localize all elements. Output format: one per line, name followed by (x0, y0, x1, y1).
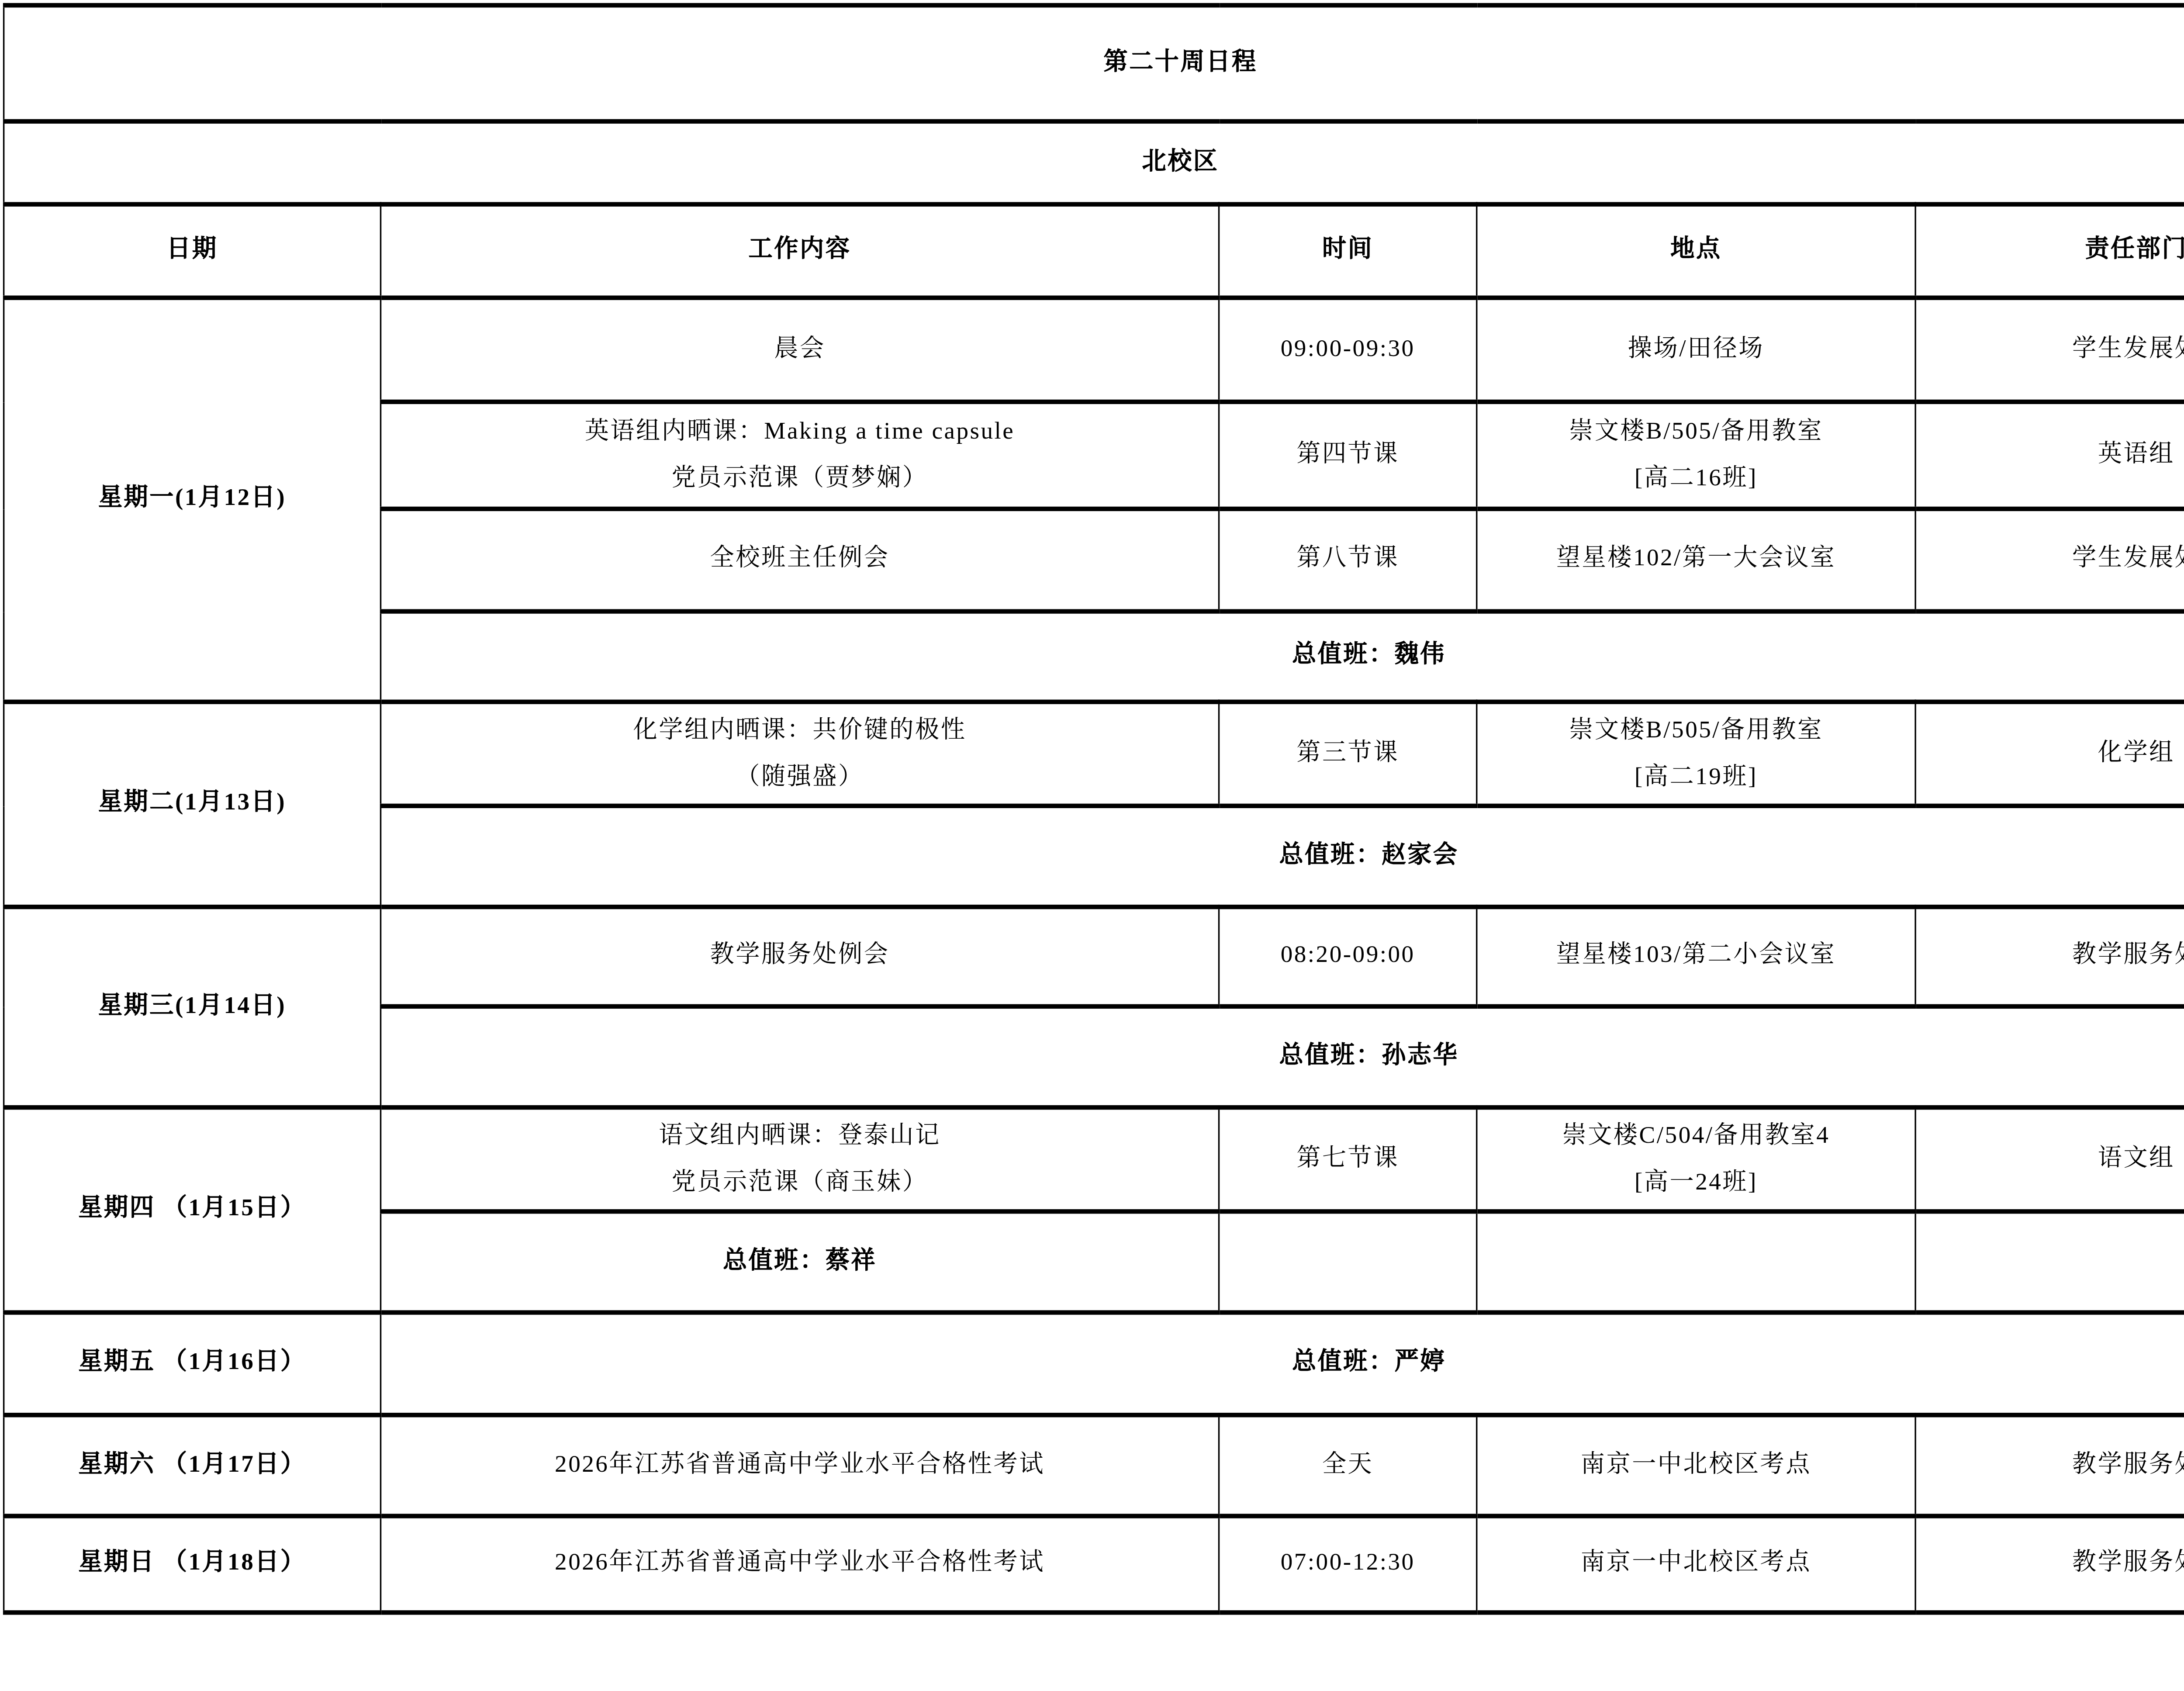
tuesday-date-cell: 星期二(1月13日) (4, 702, 381, 907)
thursday-date-cell: 星期四 （1月15日） (4, 1107, 381, 1312)
monday-date-cell: 星期一(1月12日) (4, 298, 381, 702)
table-row: 星期一(1月12日) 晨会 09:00-09:30 操场/田径场 学生发展处 (4, 298, 2184, 402)
col-header-department: 责任部门 (1915, 204, 2184, 298)
table-row: 星期五 （1月16日） 总值班：严婷 (4, 1313, 2184, 1415)
wednesday-event1-time: 08:20-09:00 (1219, 907, 1477, 1006)
tuesday-duty-cell: 总值班：赵家会 (381, 806, 2184, 907)
col-header-date: 日期 (4, 204, 381, 298)
saturday-date-cell: 星期六 （1月17日） (4, 1415, 381, 1516)
monday-event1-time: 09:00-09:30 (1219, 298, 1477, 402)
saturday-event-department: 教学服务处 (1915, 1415, 2184, 1516)
page-title: 第二十周日程 (4, 5, 2184, 121)
monday-event2-location-line2: [高二16班] (1482, 455, 1910, 502)
thursday-duty-cell: 总值班：蔡祥 (381, 1211, 1219, 1312)
thursday-event1-location: 崇文楼C/504/备用教室4 [高一24班] (1477, 1107, 1915, 1211)
saturday-event-location: 南京一中北校区考点 (1477, 1415, 1915, 1516)
monday-event2-department: 英语组 (1915, 402, 2184, 509)
tuesday-event1-department: 化学组 (1915, 702, 2184, 806)
thursday-event1-location-line1: 崇文楼C/504/备用教室4 (1482, 1113, 1910, 1159)
wednesday-event1-location: 望星楼103/第二小会议室 (1477, 907, 1915, 1006)
thursday-event1-time: 第七节课 (1219, 1107, 1477, 1211)
thursday-event1-content-line2: 党员示范课（商玉妹） (386, 1159, 1214, 1206)
monday-event2-content-line1: 英语组内晒课：Making a time capsule (386, 408, 1214, 455)
thursday-event1-content: 语文组内晒课：登泰山记 党员示范课（商玉妹） (381, 1107, 1219, 1211)
col-header-location: 地点 (1477, 204, 1915, 298)
monday-event2-content-line2: 党员示范课（贾梦娴） (386, 455, 1214, 502)
monday-event2-location: 崇文楼B/505/备用教室 [高二16班] (1477, 402, 1915, 509)
tuesday-event1-location-line2: [高二19班] (1482, 754, 1910, 801)
thursday-event1-content-line1: 语文组内晒课：登泰山记 (386, 1113, 1214, 1159)
monday-event1-location: 操场/田径场 (1477, 298, 1915, 402)
monday-event3-time: 第八节课 (1219, 509, 1477, 612)
tuesday-event1-content-line2: （随强盛） (386, 754, 1214, 801)
wednesday-event1-content: 教学服务处例会 (381, 907, 1219, 1006)
tuesday-event1-content-line1: 化学组内晒课：共价键的极性 (386, 707, 1214, 754)
monday-event1-department: 学生发展处 (1915, 298, 2184, 402)
table-row: 星期六 （1月17日） 2026年江苏省普通高中学业水平合格性考试 全天 南京一… (4, 1415, 2184, 1516)
weekly-schedule-table: 第二十周日程 北校区 日期 工作内容 时间 地点 责任部门 星期一(1月12日)… (3, 3, 2184, 1615)
tuesday-event1-location-line1: 崇文楼B/505/备用教室 (1482, 707, 1910, 754)
tuesday-event1-content: 化学组内晒课：共价键的极性 （随强盛） (381, 702, 1219, 806)
col-header-time: 时间 (1219, 204, 1477, 298)
campus-label: 北校区 (4, 121, 2184, 204)
saturday-event-time: 全天 (1219, 1415, 1477, 1516)
sunday-event-time: 07:00-12:30 (1219, 1516, 1477, 1612)
friday-duty-cell: 总值班：严婷 (381, 1313, 2184, 1415)
tuesday-event1-time: 第三节课 (1219, 702, 1477, 806)
monday-event1-content: 晨会 (381, 298, 1219, 402)
monday-event2-content: 英语组内晒课：Making a time capsule 党员示范课（贾梦娴） (381, 402, 1219, 509)
sunday-event-location: 南京一中北校区考点 (1477, 1516, 1915, 1612)
tuesday-event1-location: 崇文楼B/505/备用教室 [高二19班] (1477, 702, 1915, 806)
friday-date-cell: 星期五 （1月16日） (4, 1313, 381, 1415)
monday-duty-cell: 总值班：魏伟 (381, 612, 2184, 702)
wednesday-date-cell: 星期三(1月14日) (4, 907, 381, 1107)
wednesday-event1-department: 教学服务处 (1915, 907, 2184, 1006)
sunday-event-department: 教学服务处 (1915, 1516, 2184, 1612)
table-row: 星期二(1月13日) 化学组内晒课：共价键的极性 （随强盛） 第三节课 崇文楼B… (4, 702, 2184, 806)
cell-empty (1219, 1211, 1477, 1312)
weekly-schedule-page: 第二十周日程 北校区 日期 工作内容 时间 地点 责任部门 星期一(1月12日)… (0, 0, 2184, 1618)
monday-event3-location: 望星楼102/第一大会议室 (1477, 509, 1915, 612)
scale-wrapper: 第二十周日程 北校区 日期 工作内容 时间 地点 责任部门 星期一(1月12日)… (0, 0, 2184, 1618)
monday-event2-time: 第四节课 (1219, 402, 1477, 509)
sunday-date-cell: 星期日 （1月18日） (4, 1516, 381, 1612)
monday-event2-location-line1: 崇文楼B/505/备用教室 (1482, 408, 1910, 455)
table-row: 星期三(1月14日) 教学服务处例会 08:20-09:00 望星楼103/第二… (4, 907, 2184, 1006)
table-row: 星期日 （1月18日） 2026年江苏省普通高中学业水平合格性考试 07:00-… (4, 1516, 2184, 1612)
monday-event3-content: 全校班主任例会 (381, 509, 1219, 612)
col-header-content: 工作内容 (381, 204, 1219, 298)
saturday-event-content: 2026年江苏省普通高中学业水平合格性考试 (381, 1415, 1219, 1516)
cell-empty (1477, 1211, 1915, 1312)
monday-event3-department: 学生发展处 (1915, 509, 2184, 612)
wednesday-duty-cell: 总值班：孙志华 (381, 1006, 2184, 1107)
sunday-event-content: 2026年江苏省普通高中学业水平合格性考试 (381, 1516, 1219, 1612)
cell-empty (1915, 1211, 2184, 1312)
thursday-event1-department: 语文组 (1915, 1107, 2184, 1211)
thursday-event1-location-line2: [高一24班] (1482, 1159, 1910, 1206)
table-row: 星期四 （1月15日） 语文组内晒课：登泰山记 党员示范课（商玉妹） 第七节课 … (4, 1107, 2184, 1211)
